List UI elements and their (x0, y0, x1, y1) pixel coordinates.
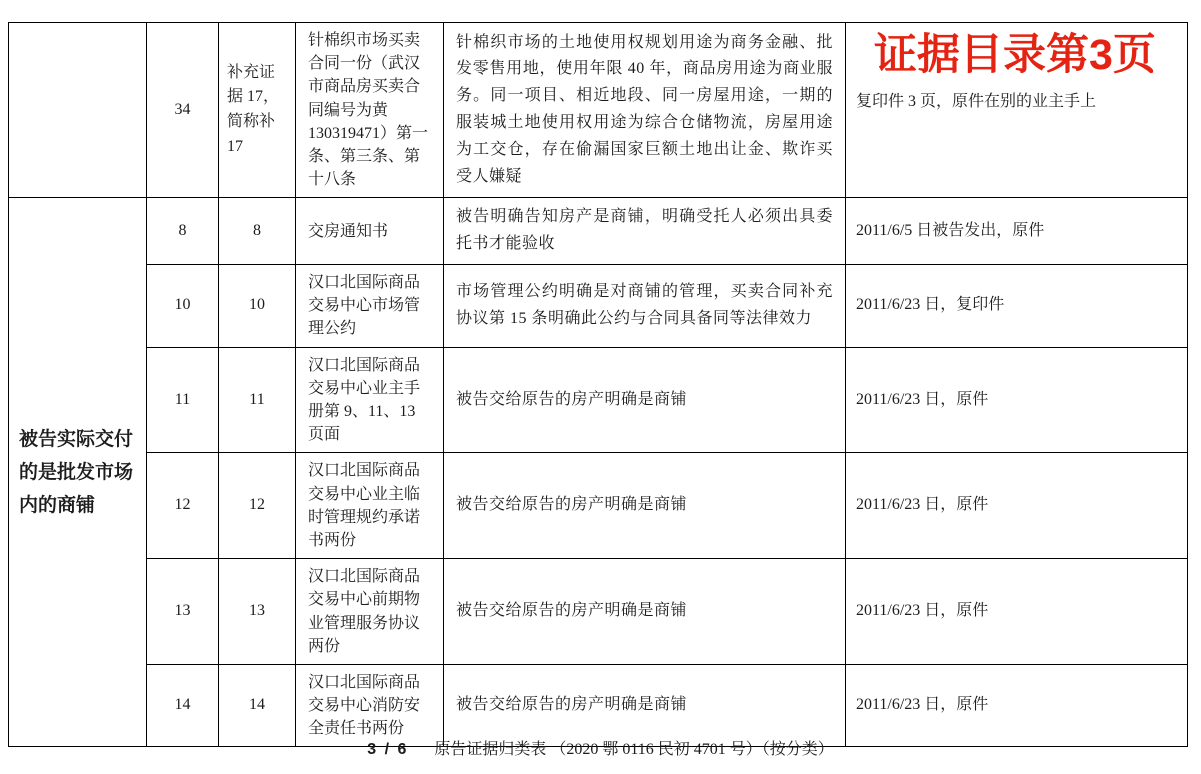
footer: 3 / 6原告证据归类表 （2020 鄂 0116 民初 4701 号）（按分类… (0, 736, 1201, 759)
description-cell: 被告交给原告的房产明确是商铺 (444, 664, 846, 747)
evidence-name-cell: 汉口北国际商品交易中心市场管理公约 (296, 265, 444, 348)
table-row: 34 补充证据 17，简称补 17 针棉织市场买卖合同一份（武汉市商品房买卖合同… (9, 23, 1188, 198)
seq-cell: 8 (147, 198, 219, 265)
red-stamp-title: 证据目录第3页 (874, 33, 1177, 78)
evidence-no-cell: 8 (219, 198, 296, 265)
page-number: 3 / 6 (367, 741, 408, 758)
evidence-name-cell: 汉口北国际商品交易中心业主临时管理规约承诺书两份 (296, 453, 444, 559)
seq-cell: 10 (147, 265, 219, 348)
evidence-name-cell: 汉口北国际商品交易中心业主手册第 9、11、13 页面 (296, 347, 444, 453)
table-row: 10 10 汉口北国际商品交易中心市场管理公约 市场管理公约明确是对商铺的管理，… (9, 265, 1188, 348)
seq-cell: 14 (147, 664, 219, 747)
note-cell: 2011/6/23 日，原件 (846, 559, 1188, 665)
evidence-no-cell: 12 (219, 453, 296, 559)
seq-cell: 11 (147, 347, 219, 453)
evidence-name-cell: 交房通知书 (296, 198, 444, 265)
note-cell: 2011/6/5 日被告发出，原件 (846, 198, 1188, 265)
evidence-name-cell: 汉口北国际商品交易中心消防安全责任书两份 (296, 664, 444, 747)
table-row: 被告实际交付的是批发市场内的商铺 8 8 交房通知书 被告明确告知房产是商铺，明… (9, 198, 1188, 265)
description-cell: 被告明确告知房产是商铺，明确受托人必须出具委托书才能验收 (444, 198, 846, 265)
note-cell: 2011/6/23 日，原件 (846, 453, 1188, 559)
note-cell: 证据目录第3页 复印件 3 页，原件在别的业主手上 (846, 23, 1188, 198)
evidence-no-cell: 11 (219, 347, 296, 453)
evidence-table: 34 补充证据 17，简称补 17 针棉织市场买卖合同一份（武汉市商品房买卖合同… (8, 22, 1188, 747)
note-cell: 2011/6/23 日，原件 (846, 347, 1188, 453)
evidence-name-cell: 汉口北国际商品交易中心前期物业管理服务协议两份 (296, 559, 444, 665)
note-cell: 2011/6/23 日，原件 (846, 664, 1188, 747)
seq-cell: 34 (147, 23, 219, 198)
document-page: 34 补充证据 17，简称补 17 针棉织市场买卖合同一份（武汉市商品房买卖合同… (0, 0, 1201, 774)
note-cell: 2011/6/23 日，复印件 (846, 265, 1188, 348)
table-row: 13 13 汉口北国际商品交易中心前期物业管理服务协议两份 被告交给原告的房产明… (9, 559, 1188, 665)
table-row: 12 12 汉口北国际商品交易中心业主临时管理规约承诺书两份 被告交给原告的房产… (9, 453, 1188, 559)
category-cell-empty (9, 23, 147, 198)
description-cell: 被告交给原告的房产明确是商铺 (444, 559, 846, 665)
evidence-name-cell: 针棉织市场买卖合同一份（武汉市商品房买卖合同编号为黄130319471）第一条、… (296, 23, 444, 198)
footer-title: 原告证据归类表 （2020 鄂 0116 民初 4701 号）（按分类） (434, 741, 833, 758)
seq-cell: 13 (147, 559, 219, 665)
description-cell: 针棉织市场的土地使用权规划用途为商务金融、批发零售用地，使用年限 40 年，商品… (444, 23, 846, 198)
description-cell: 被告交给原告的房产明确是商铺 (444, 347, 846, 453)
table-row: 11 11 汉口北国际商品交易中心业主手册第 9、11、13 页面 被告交给原告… (9, 347, 1188, 453)
table-row: 14 14 汉口北国际商品交易中心消防安全责任书两份 被告交给原告的房产明确是商… (9, 664, 1188, 747)
description-cell: 被告交给原告的房产明确是商铺 (444, 453, 846, 559)
evidence-no-cell: 10 (219, 265, 296, 348)
evidence-no-cell: 13 (219, 559, 296, 665)
evidence-no-cell: 14 (219, 664, 296, 747)
evidence-no-cell: 补充证据 17，简称补 17 (219, 23, 296, 198)
description-cell: 市场管理公约明确是对商铺的管理，买卖合同补充协议第 15 条明确此公约与合同具备… (444, 265, 846, 348)
note-text: 复印件 3 页，原件在别的业主手上 (856, 90, 1177, 115)
category-group-cell: 被告实际交付的是批发市场内的商铺 (9, 198, 147, 747)
seq-cell: 12 (147, 453, 219, 559)
